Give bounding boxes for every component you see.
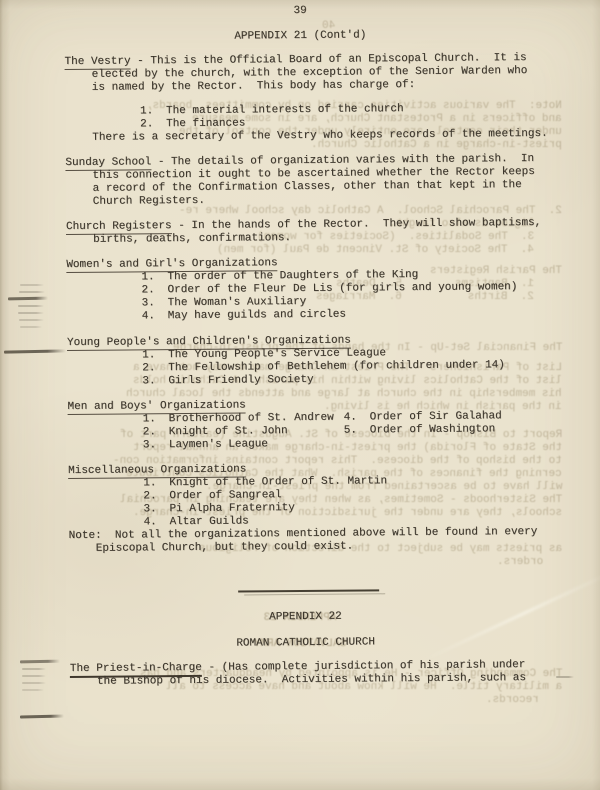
list-item: 3.Girls Friendly Society — [142, 371, 600, 388]
typed-content: 39 APPENDIX 21 (Cont'd) The Vestry - Thi… — [0, 0, 600, 690]
item-number: 2. — [143, 490, 169, 503]
item-text: The Woman's Auxiliary — [168, 296, 307, 309]
item-number: 4. — [142, 310, 168, 323]
pencil-mark — [19, 291, 45, 293]
note-paragraph: Note: Not all the organizations mentione… — [69, 525, 600, 556]
section-church-registers: Church Registers - In the hands of the R… — [66, 216, 600, 247]
section-sunday-school: Sunday School - The details of organizat… — [65, 152, 600, 209]
item-text: Knight of the Order of St. Martin — [169, 475, 387, 489]
pencil-mark — [22, 689, 44, 691]
item-number: 3. — [142, 297, 168, 310]
item-number: 5. — [344, 424, 370, 437]
item-text: The material interests of the church — [166, 103, 404, 117]
section-heading: Sunday School — [65, 156, 151, 170]
item-number: 2. — [140, 118, 166, 131]
item-text: The finances — [166, 117, 245, 130]
appendix-22-subtitle: ROMAN CATHOLIC CHURCH — [6, 634, 600, 652]
pencil-mark — [22, 675, 46, 677]
item-number: 1. — [143, 477, 169, 490]
item-text: Laymen's League — [169, 438, 268, 451]
pencil-mark — [18, 312, 44, 314]
section-heading: The Vestry — [64, 55, 130, 69]
pencil-mark — [22, 668, 46, 670]
misc-list: 1.Knight of the Order of St. Martin 2.Or… — [143, 473, 600, 529]
item-number: 4. — [144, 516, 170, 529]
pencil-mark — [556, 676, 574, 678]
item-text: Order of Sir Galahad — [370, 410, 502, 423]
pencil-mark — [19, 319, 44, 321]
appendix-22-title: APPENDIX 22 — [5, 608, 600, 626]
section-priest-in-charge: The Priest-in-Charge - (Has complete jur… — [70, 658, 600, 689]
item-number: 3. — [143, 503, 169, 516]
section-vestry: The Vestry - This is the Official Board … — [64, 51, 600, 95]
list-item: 4.May have guilds and circles — [142, 306, 600, 323]
item-text: May have guilds and circles — [168, 309, 346, 323]
appendix-21-title: APPENDIX 21 (Cont'd) — [0, 27, 600, 45]
item-number: 2. — [143, 426, 169, 439]
pencil-mark — [18, 305, 44, 307]
item-text: Order of Washington — [370, 423, 496, 436]
womens-list: 1.The order of the Daughters of the King… — [141, 267, 600, 323]
pencil-mark — [20, 326, 42, 328]
list-item: 3.Laymen's League — [143, 435, 600, 452]
page-number: 39 — [0, 2, 600, 20]
item-text: Order of Sangreal — [169, 489, 281, 502]
item-number: 1. — [143, 413, 169, 426]
item-text: The order of the Daughters of the King — [167, 269, 418, 283]
item-number: 1. — [140, 105, 166, 118]
item-number: 1. — [141, 271, 167, 284]
item-text: Pi Alpha Fraternity — [169, 502, 295, 515]
young-list: 1.The Young People's Service League 2.Th… — [142, 345, 600, 388]
body-text: - In the hands of the Rector. They will … — [172, 217, 542, 232]
men-boys-list: 1.Brotherhood of St. Andrew4.Order of Si… — [143, 409, 600, 452]
scanned-page: 40 Note: The various activities carried … — [0, 0, 600, 790]
item-text: Knight of St. John — [169, 425, 344, 440]
item-number: 4. — [344, 411, 370, 424]
item-number: 3. — [142, 375, 168, 388]
divider-line — [238, 589, 379, 597]
item-text: Order of the Fleur De Lis (for girls and… — [167, 281, 517, 296]
item-number: 2. — [141, 284, 167, 297]
item-text: Girls Friendly Society — [168, 374, 313, 387]
vestry-list: 1.The material interests of the church 2… — [140, 101, 600, 131]
ghost-text-line: records. — [486, 694, 539, 707]
item-number: 1. — [142, 349, 168, 362]
item-text: The Fellowship of Bethlehem (for childre… — [168, 359, 505, 374]
item-number: 2. — [142, 362, 168, 375]
item-text: Altar Guilds — [169, 515, 248, 528]
pencil-mark — [22, 682, 46, 684]
item-text: The Young People's Service League — [168, 347, 386, 361]
item-number: 3. — [143, 439, 169, 452]
pencil-mark — [20, 284, 44, 286]
